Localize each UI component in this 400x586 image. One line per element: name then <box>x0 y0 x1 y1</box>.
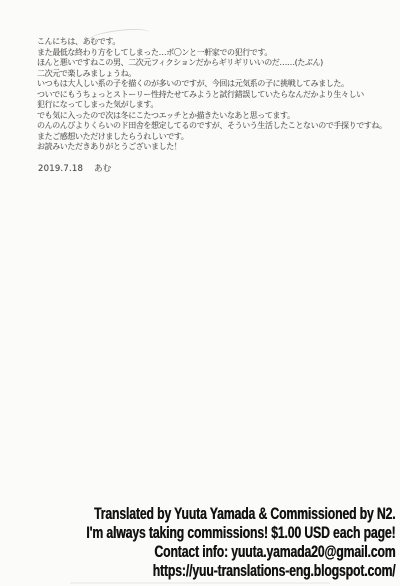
credit-line-blog-url: https://yuu-translations-eng.blogspot.co… <box>86 561 395 580</box>
credit-line-translated-by: Translated by Yuuta Yamada & Commissione… <box>86 504 395 523</box>
afterword-line: のんのんびよりくらいのド田舎を想定してるのですが、そういう生活したことないので手… <box>37 121 389 132</box>
afterword-line: いつもは大人しい系の子を描くのが多いのですが、今回は元気系の子に挑戦してみました… <box>37 79 389 90</box>
afterword-line: お読みいただきありがとうございました！ <box>37 142 389 153</box>
date-signature-line: 2019.7.18あむ <box>38 162 111 174</box>
afterword-line: こんにちは、あむです。 <box>37 37 389 48</box>
translator-credits: Translated by Yuuta Yamada & Commissione… <box>86 504 395 580</box>
afterword-line: 犯行になってしまった気がします。 <box>37 100 389 111</box>
afterword-line: またご感想いただけましたらうれしいです。 <box>37 132 389 143</box>
scan-noise <box>70 582 330 584</box>
afterword-line: ついでにもうちょっとストーリー性持たせてみようと試行錯誤していたらなんだかより生… <box>37 90 389 101</box>
scanned-afterword-page: こんにちは、あむです。 また最低な終わり方をしてしまった…ポ〇ンと一軒家での犯行… <box>0 0 400 586</box>
afterword-line: でも気に入ったので次は冬にこたつエッチとか描きたいなあと思ってます。 <box>37 111 389 122</box>
afterword-line: ほんと悪いですねこの男、二次元フィクションだからギリギリいいのだ……(たぶん) <box>37 58 389 69</box>
afterword-line: 二次元で楽しみましょうね。 <box>37 69 389 80</box>
credit-line-contact-email: Contact info: yuuta.yamada20@gmail.com <box>86 542 395 561</box>
publication-date: 2019.7.18 <box>38 164 83 174</box>
afterword-text: こんにちは、あむです。 また最低な終わり方をしてしまった…ポ〇ンと一軒家での犯行… <box>37 37 389 153</box>
author-name: あむ <box>94 164 111 174</box>
credit-line-commissions: I'm always taking commissions! $1.00 USD… <box>86 523 395 542</box>
afterword-line: また最低な終わり方をしてしまった…ポ〇ンと一軒家での犯行です。 <box>37 48 389 59</box>
